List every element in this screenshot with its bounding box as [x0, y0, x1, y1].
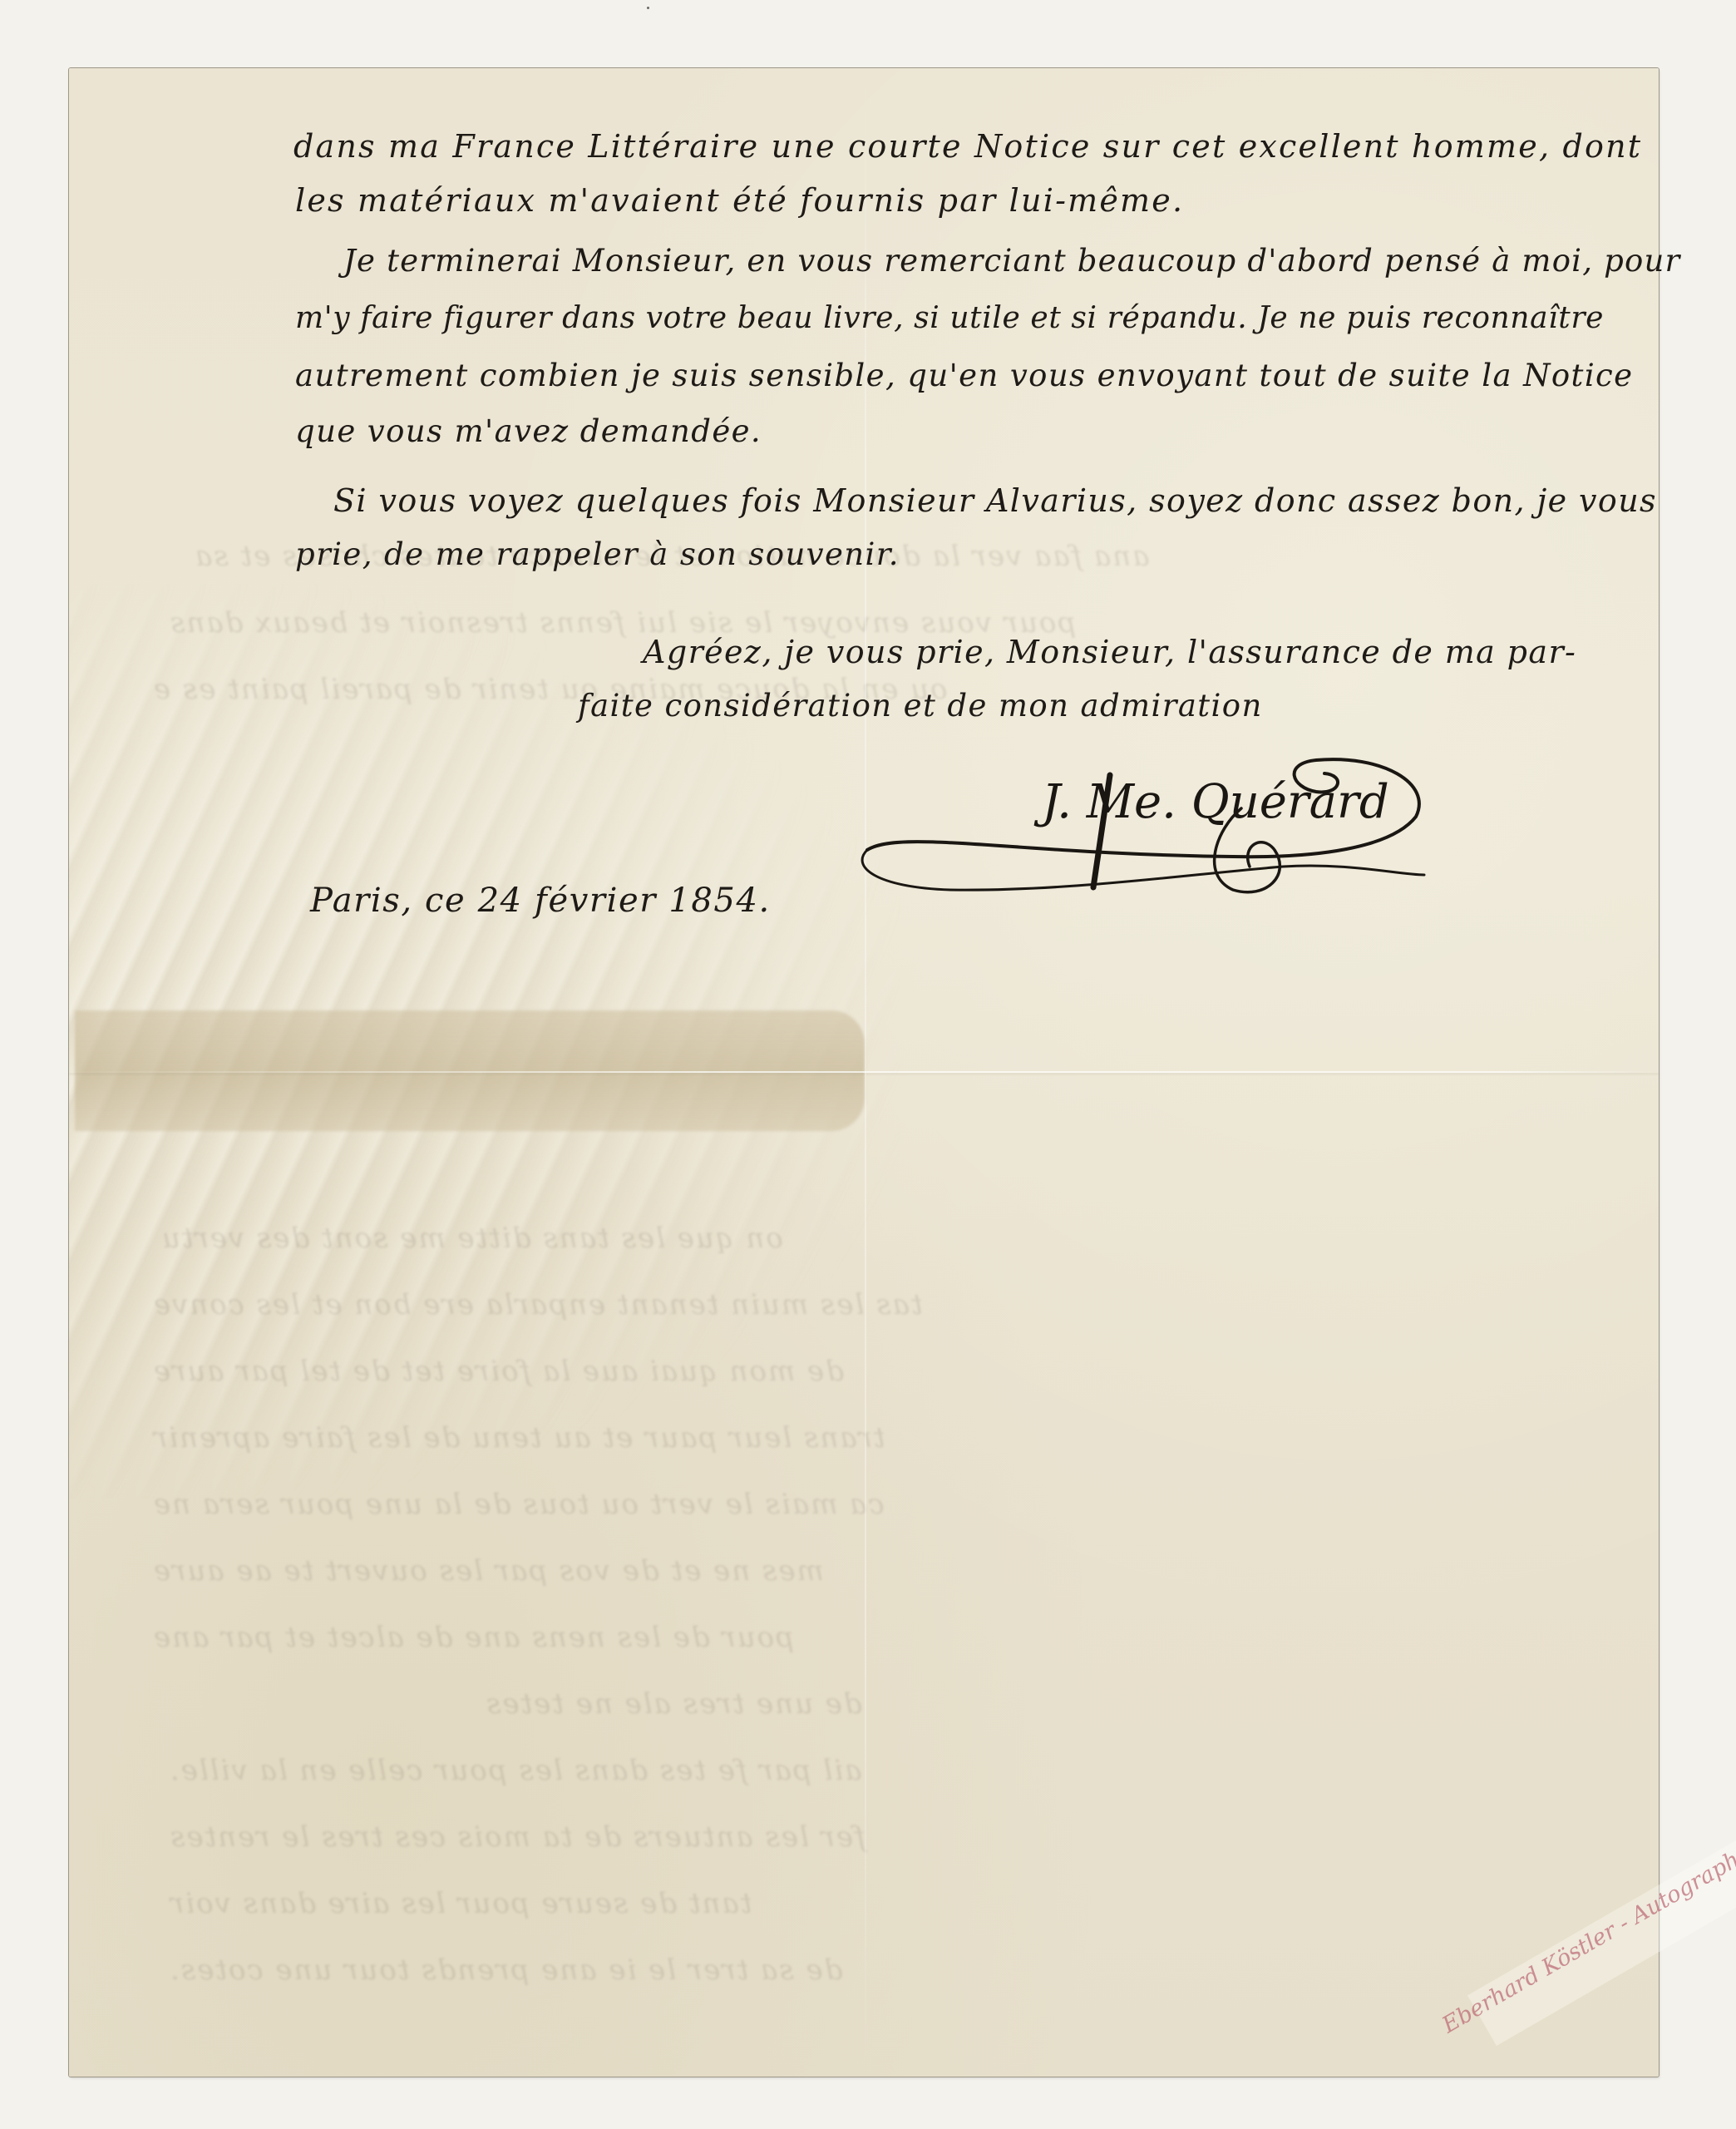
- closing-line: Agréez, je vous prie, Monsieur, l'assura…: [643, 634, 1576, 670]
- signature: J. Me. Quérard: [851, 750, 1433, 908]
- horizontal-fold-line: [69, 1071, 1659, 1073]
- letter-line: les matériaux m'avaient été fournis par …: [295, 182, 1184, 219]
- bleed-through-text: tant de seure pour les aire dans voir: [169, 1881, 752, 1926]
- mount-speck: [647, 7, 649, 9]
- bleed-through-text: pour de les nens ane de alcet et par ane: [152, 1615, 794, 1660]
- signature-name: J. Me. Quérard: [1042, 775, 1389, 829]
- bleed-through-text: on que les tans ditte me sont des vertu: [160, 1216, 783, 1261]
- bleed-through-text: de une tres ale ne tetes: [485, 1682, 862, 1726]
- letter-line: que vous m'avez demandée.: [295, 413, 762, 449]
- letter-sheet: ana faa ver la douce nation et le aunnce…: [69, 68, 1659, 2077]
- letter-line: autrement combien je suis sensible, qu'e…: [295, 358, 1633, 393]
- letter-line: dans ma France Littéraire une courte Not…: [293, 128, 1642, 165]
- bleed-through-text: tas les muin tenant enparla ere bon et l…: [152, 1282, 923, 1327]
- bleed-through-text: de sa trer le ie ane prends tour une cot…: [169, 1948, 842, 1993]
- bleed-through-text: de mon quai aue la foire tet de tel par …: [152, 1349, 844, 1394]
- signature-flourish-icon: [851, 750, 1433, 908]
- bleed-through-text: ca mais le vert ou tous de la une pour s…: [152, 1482, 885, 1527]
- dateline: Paris, ce 24 février 1854.: [310, 882, 771, 920]
- bleed-through-text: trans leur paur et au tenu de les faire …: [152, 1415, 885, 1460]
- letter-line: Si vous voyez quelques fois Monsieur Alv…: [333, 482, 1657, 519]
- letter-line: prie, de me rappeler à son souvenir.: [295, 536, 900, 572]
- closing-line: faite considération et de mon admiration: [578, 688, 1263, 724]
- bleed-through-text: fer les antuers de ta mois ces tres le r…: [169, 1815, 866, 1860]
- bleed-through-text: mes ne et de vos par les ouvert te ae au…: [152, 1549, 824, 1593]
- letter-line: m'y faire figurer dans votre beau livre,…: [295, 301, 1604, 335]
- letter-line: Je terminerai Monsieur, en vous remercia…: [343, 243, 1680, 279]
- bleed-through-text: ail par fe tes dans les pour celle en la…: [169, 1748, 861, 1793]
